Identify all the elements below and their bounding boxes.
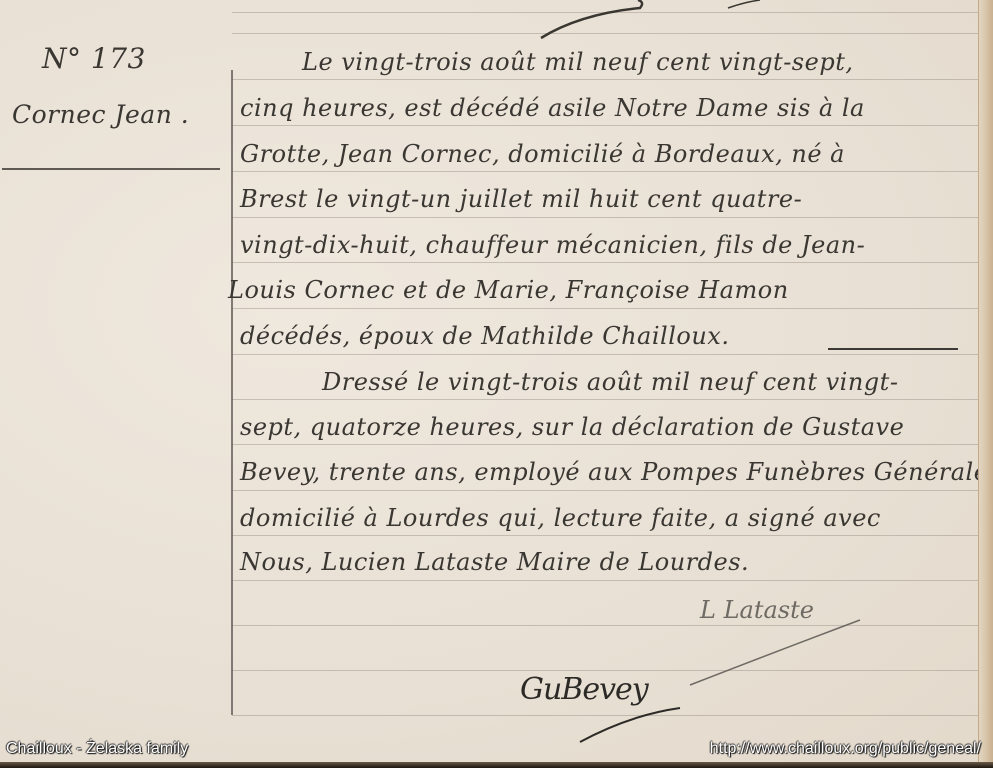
body-line: Brest le vingt-un juillet mil huit cent … — [240, 185, 802, 213]
body-line: décédés, époux de Mathilde Chailloux. — [240, 322, 729, 350]
declarant-signature: GuBevey — [520, 672, 648, 707]
entry-number: N° 173 — [42, 42, 146, 75]
deceased-name-margin: Cornec Jean . — [12, 100, 189, 129]
mayor-signature: L Lataste — [700, 596, 814, 624]
body-line: Bevey, trente ans, employé aux Pompes Fu… — [240, 458, 993, 486]
page-edge — [978, 0, 993, 762]
watermark-family: Chailloux - Żelaska family — [6, 740, 188, 758]
watermark-url: http://www.chailloux.org/public/geneal/ — [710, 740, 981, 758]
closing-dash — [828, 348, 958, 350]
body-line: Dressé le vingt-trois août mil neuf cent… — [322, 368, 898, 396]
body-line: Louis Cornec et de Marie, Françoise Hamo… — [228, 276, 789, 304]
body-line: sept, quatorze heures, sur la déclaratio… — [240, 413, 904, 441]
body-line: Nous, Lucien Lataste Maire de Lourdes. — [240, 548, 749, 576]
body-line: Le vingt-trois août mil neuf cent vingt-… — [302, 48, 853, 76]
body-line: Grotte, Jean Cornec, domicilié à Bordeau… — [240, 140, 845, 168]
body-line: cinq heures, est décédé asile Notre Dame… — [240, 94, 865, 122]
body-line: vingt-dix-huit, chauffeur mécanicien, fi… — [240, 231, 865, 259]
register-page: N° 173 Cornec Jean . Le vingt-trois août… — [0, 0, 993, 762]
bottom-shadow — [0, 762, 993, 768]
body-line: domicilié à Lourdes qui, lecture faite, … — [240, 504, 881, 532]
